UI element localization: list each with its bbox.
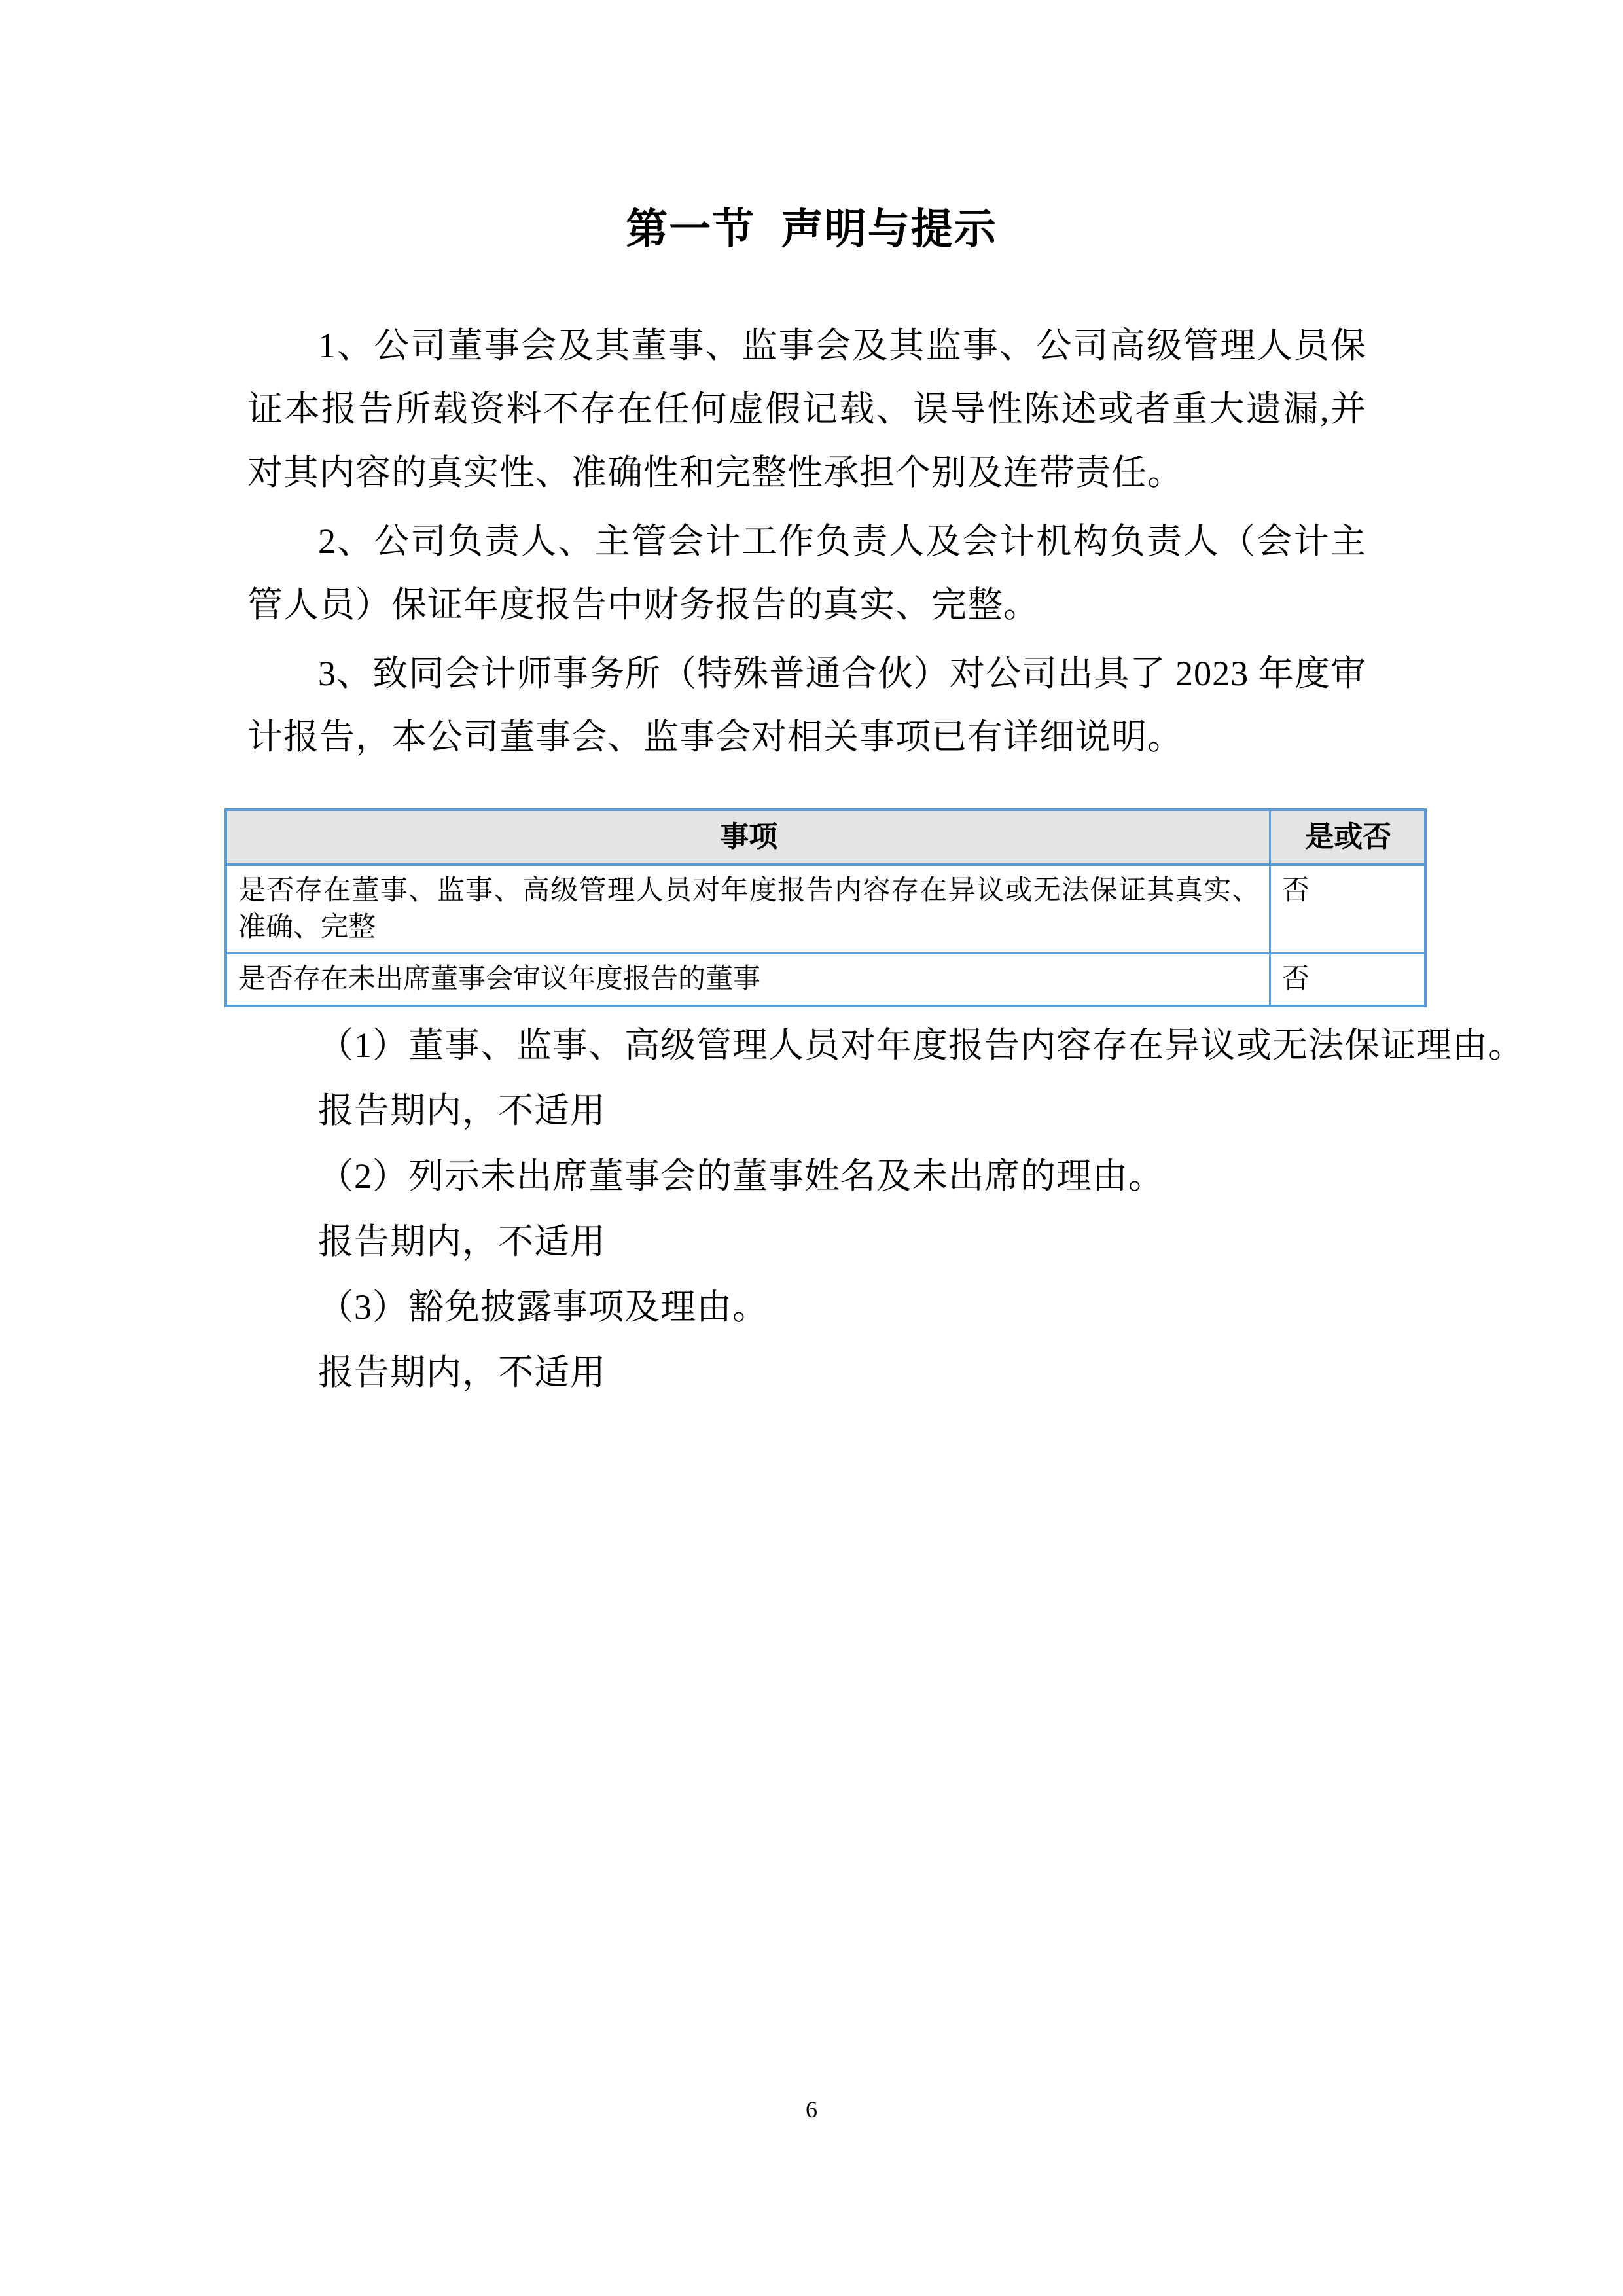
table-cell-question-2: 是否存在未出席董事会审议年度报告的董事 — [226, 954, 1270, 1006]
item-line-5: （3）豁免披露事项及理由。 — [247, 1274, 1366, 1340]
paragraph-3: 3、致同会计师事务所（特殊普通合伙）对公司出具了 2023 年度审计报告，本公司… — [247, 642, 1366, 769]
section-title: 第一节 声明与提示 — [0, 202, 1623, 257]
table-header-row: 事项 是或否 — [226, 810, 1425, 865]
document-page: 第一节 声明与提示 1、公司董事会及其董事、监事会及其监事、公司高级管理人员保证… — [0, 0, 1623, 2296]
item-line-3: （2）列示未出席董事会的董事姓名及未出席的理由。 — [247, 1143, 1366, 1209]
paragraph-2: 2、公司负责人、主管会计工作负责人及会计机构负责人（会计主管人员）保证年度报告中… — [247, 510, 1366, 637]
table-header-item: 事项 — [226, 810, 1270, 865]
table-row: 是否存在未出席董事会审议年度报告的董事 否 — [226, 954, 1425, 1006]
paragraph-1: 1、公司董事会及其董事、监事会及其监事、公司高级管理人员保证本报告所载资料不存在… — [247, 314, 1366, 505]
item-line-1: （1）董事、监事、高级管理人员对年度报告内容存在异议或无法保证理由。 — [247, 1013, 1366, 1078]
item-line-6: 报告期内，不适用 — [247, 1340, 1366, 1405]
page-number: 6 — [0, 2094, 1623, 2125]
table-cell-question-1: 是否存在董事、监事、高级管理人员对年度报告内容存在异议或无法保证其真实、 准确、… — [226, 865, 1270, 954]
item-line-4: 报告期内，不适用 — [247, 1209, 1366, 1274]
declarations-table: 事项 是或否 是否存在董事、监事、高级管理人员对年度报告内容存在异议或无法保证其… — [224, 808, 1427, 1007]
table-cell-answer-2: 否 — [1270, 954, 1425, 1006]
sub-items: （1）董事、监事、高级管理人员对年度报告内容存在异议或无法保证理由。 报告期内，… — [247, 1013, 1366, 1405]
table-row: 是否存在董事、监事、高级管理人员对年度报告内容存在异议或无法保证其真实、 准确、… — [226, 865, 1425, 954]
table-header-yes-or-no: 是或否 — [1270, 810, 1425, 865]
item-line-2: 报告期内，不适用 — [247, 1078, 1366, 1143]
table-cell-answer-1: 否 — [1270, 865, 1425, 954]
document-body: 1、公司董事会及其董事、监事会及其监事、公司高级管理人员保证本报告所载资料不存在… — [247, 314, 1366, 1405]
